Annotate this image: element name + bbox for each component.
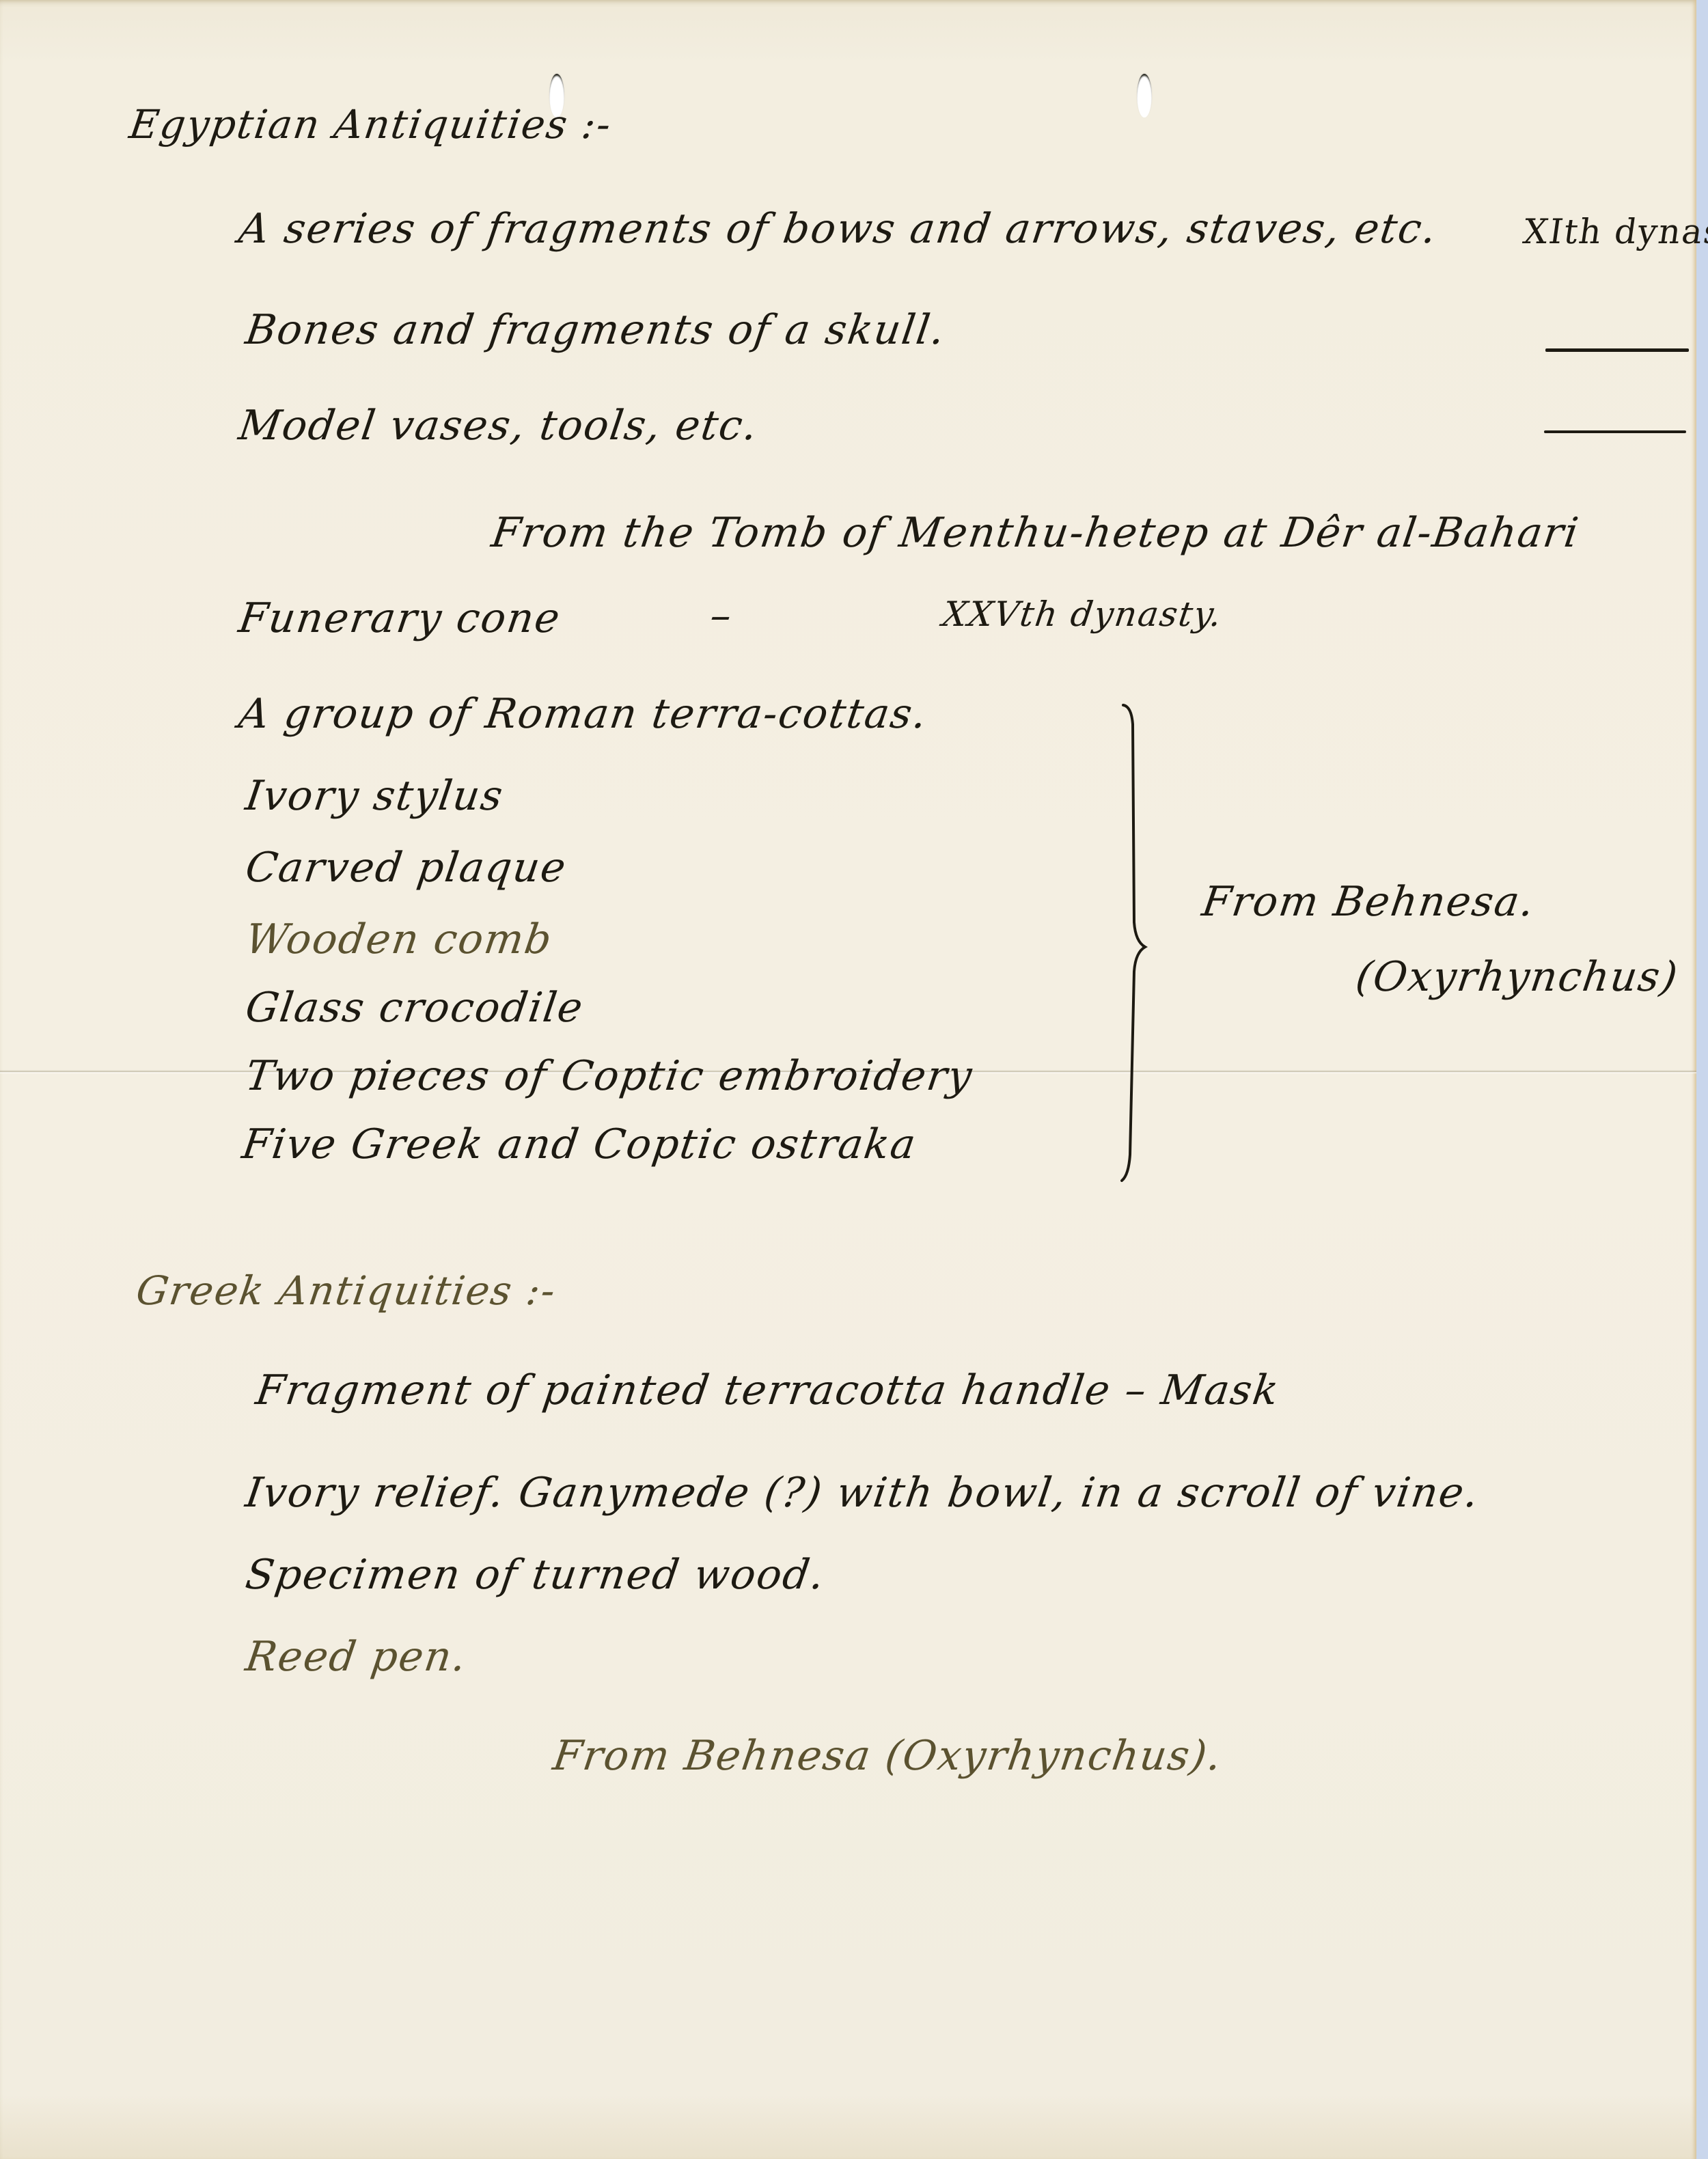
greek-item-2: Ivory relief. Ganymede (?) with bowl, in…: [243, 1469, 1483, 1517]
group-item-3: Carved plaque: [243, 844, 570, 892]
curly-brace-icon: [1120, 704, 1148, 1182]
egyptian-item-3: Model vases, tools, etc.: [236, 402, 761, 450]
group-provenance-line1: From Behnesa.: [1199, 878, 1538, 926]
greek-heading: Greek Antiquities :-: [133, 1267, 560, 1314]
greek-item-3: Specimen of turned wood.: [243, 1551, 828, 1599]
egyptian-item-1: A series of fragments of bows and arrows…: [236, 205, 1440, 253]
funerary-dynasty: XXVth dynasty.: [940, 594, 1225, 634]
group-item-7: Five Greek and Coptic ostraka: [239, 1120, 920, 1168]
group-item-1: A group of Roman terra-cottas.: [236, 690, 931, 738]
greek-provenance: From Behnesa (Oxyrhynchus).: [550, 1732, 1226, 1780]
greek-item-1: Fragment of painted terracotta handle – …: [253, 1366, 1282, 1414]
funerary-dash: –: [707, 592, 736, 640]
provenance-deir-el-bahari: From the Tomb of Menthu-hetep at Dêr al-…: [488, 509, 1582, 557]
group-provenance-line2: (Oxyrhynchus): [1353, 953, 1681, 1001]
funerary-cone: Funerary cone: [236, 594, 564, 642]
egyptian-item-2: Bones and fragments of a skull.: [243, 306, 949, 354]
group-item-4: Wooden comb: [243, 916, 555, 963]
punch-hole-right: [1137, 74, 1152, 118]
manuscript-page: Egyptian Antiquities :- A series of frag…: [0, 0, 1696, 2159]
egyptian-heading: Egyptian Antiquities :-: [126, 101, 615, 148]
ditto-dash-1: [1545, 348, 1689, 352]
egyptian-item-1-dynasty: XIth dynas: [1521, 212, 1708, 251]
greek-item-4: Reed pen.: [243, 1633, 470, 1681]
ditto-dash-2: [1544, 430, 1686, 433]
group-item-2: Ivory stylus: [243, 772, 507, 820]
group-item-6: Two pieces of Coptic embroidery: [243, 1052, 976, 1100]
group-item-5: Glass crocodile: [243, 984, 587, 1032]
